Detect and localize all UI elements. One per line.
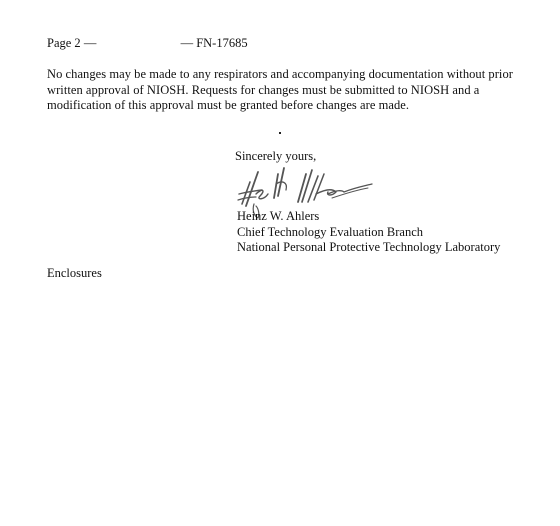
page-header: Page 2 — — FN-17685 [47,36,248,51]
body-line: written approval of NIOSH. Requests for … [47,83,517,99]
signatory-name: Heinz W. Ahlers [237,209,500,225]
document-page: Page 2 — — FN-17685 No changes may be ma… [0,0,560,526]
body-line: modification of this approval must be gr… [47,98,517,114]
header-dash-left: — [84,36,97,51]
body-line: No changes may be made to any respirator… [47,67,517,83]
body-paragraph: No changes may be made to any respirator… [47,67,517,114]
signature-block: Heinz W. Ahlers Chief Technology Evaluat… [237,209,500,256]
signatory-organization: National Personal Protective Technology … [237,240,500,256]
signatory-title: Chief Technology Evaluation Branch [237,225,500,241]
file-number: FN-17685 [196,36,247,50]
page-label: Page 2 [47,36,81,50]
enclosures-label: Enclosures [47,266,102,281]
stray-dot [279,132,281,134]
header-dash-right: — [181,36,194,51]
